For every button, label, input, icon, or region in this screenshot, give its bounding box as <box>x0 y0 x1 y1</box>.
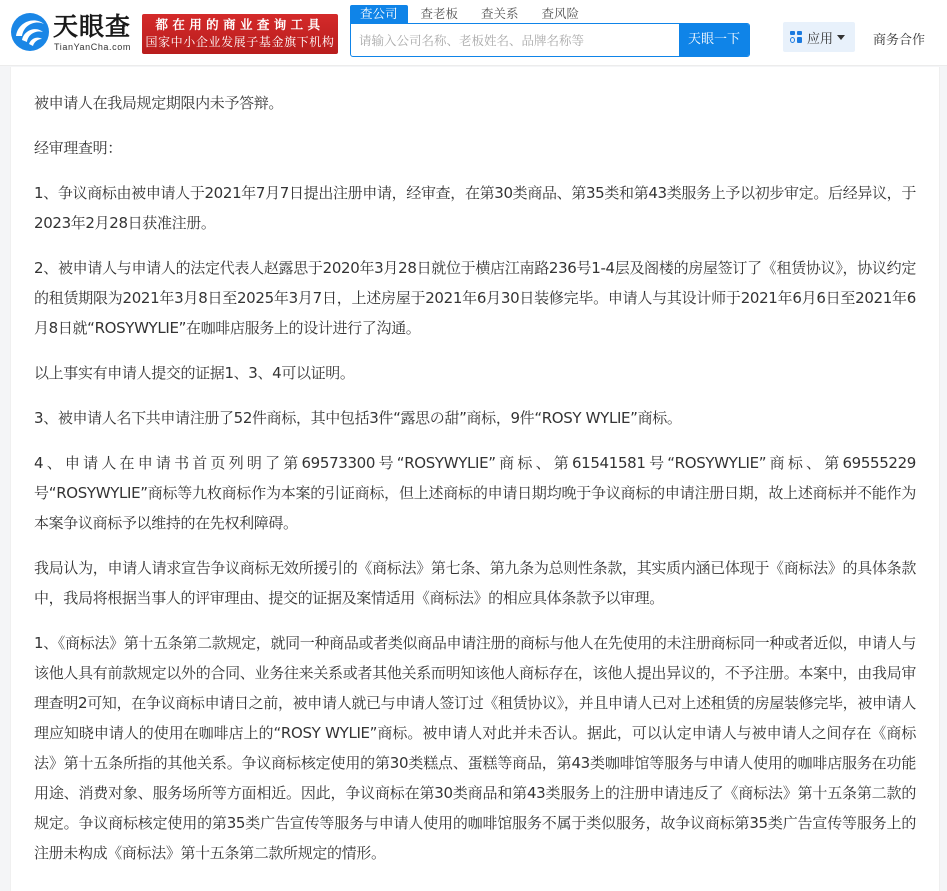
search-tabs: 查公司 查老板 查关系 查风险 <box>350 5 750 23</box>
search-button[interactable]: 天眼一下 <box>679 24 749 56</box>
search-box: 天眼一下 <box>350 23 750 57</box>
slogan-line-2: 国家中小企业发展子基金旗下机构 <box>142 34 338 51</box>
grid-apps-icon <box>790 31 802 43</box>
tab-boss[interactable]: 查老板 <box>411 5 469 23</box>
search-input[interactable] <box>351 24 680 56</box>
paragraph-findings-heading: 经审理查明： <box>34 133 916 163</box>
business-cooperation-link[interactable]: 商务合作 <box>873 29 925 48</box>
document-body: 被申请人在我局规定期限内未予答辩。 经审理查明： 1、争议商标由被申请人于202… <box>10 67 940 891</box>
paragraph-bureau-opinion: 我局认为，申请人请求宣告争议商标无效所援引的《商标法》第七条、第九条为总则性条款… <box>34 553 916 613</box>
top-header: 天眼查 TianYanCha.com 都在用的商业查询工具 国家中小企业发展子基… <box>0 0 947 66</box>
search-area: 查公司 查老板 查关系 查风险 天眼一下 <box>350 5 750 55</box>
logo-text-cn: 天眼查 <box>53 12 131 42</box>
paragraph-finding-4: 4、申请人在申请书首页列明了第69573300号“ROSYWYLIE”商标、第6… <box>34 448 916 538</box>
tab-risk[interactable]: 查风险 <box>532 5 590 23</box>
slogan-banner: 都在用的商业查询工具 国家中小企业发展子基金旗下机构 <box>142 14 338 54</box>
apps-menu-button[interactable]: 应用 <box>783 22 855 52</box>
logo-text-en: TianYanCha.com <box>54 42 131 52</box>
paragraph-evidence: 以上事实有申请人提交的证据1、3、4可以证明。 <box>34 358 916 388</box>
tab-company[interactable]: 查公司 <box>350 5 408 23</box>
tab-relation[interactable]: 查关系 <box>471 5 529 23</box>
paragraph-finding-2: 2、被申请人与申请人的法定代表人赵露思于2020年3月28日就位于横店江南路23… <box>34 253 916 343</box>
paragraph-ruling-1: 1、《商标法》第十五条第二款规定，就同一种商品或者类似商品申请注册的商标与他人在… <box>34 628 916 868</box>
slogan-line-1: 都在用的商业查询工具 <box>142 16 338 34</box>
paragraph-finding-1: 1、争议商标由被申请人于2021年7月7日提出注册申请，经审查，在第30类商品、… <box>34 178 916 238</box>
apps-label: 应用 <box>807 28 833 47</box>
tianyancha-logo[interactable]: 天眼查 TianYanCha.com <box>10 12 138 54</box>
paragraph-finding-3: 3、被申请人名下共申请注册了52件商标，其中包括3件“露思の甜”商标，9件“RO… <box>34 403 916 433</box>
tianyancha-logo-icon <box>10 12 50 52</box>
paragraph-no-defense: 被申请人在我局规定期限内未予答辩。 <box>34 88 916 118</box>
caret-down-icon <box>837 35 845 40</box>
